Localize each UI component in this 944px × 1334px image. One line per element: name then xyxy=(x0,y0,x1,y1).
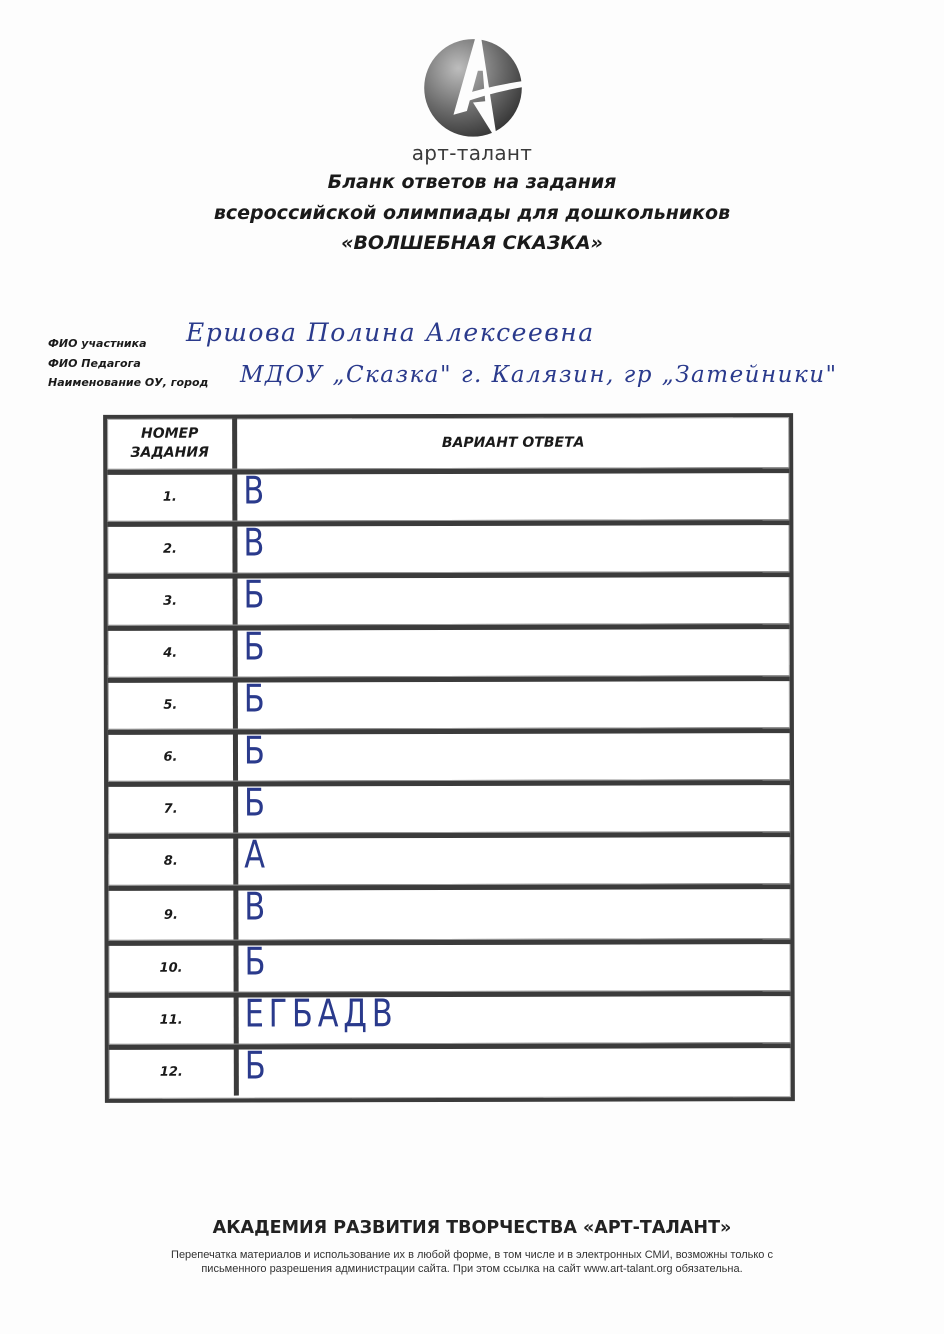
table-row: 10.Б xyxy=(108,943,790,992)
answer-value: Б xyxy=(244,942,270,980)
answer-field[interactable]: В xyxy=(238,888,790,939)
participant-name-field[interactable]: Ершова Полина Алексеевна xyxy=(186,318,595,347)
answer-field[interactable]: Б xyxy=(239,1047,791,1095)
task-number: 11. xyxy=(109,997,239,1044)
form-title-line-3: «ВОЛШЕБНАЯ СКАЗКА» xyxy=(0,232,944,254)
brand-name: арт-талант xyxy=(0,141,944,165)
answer-value: Б xyxy=(244,575,270,613)
table-row: 7.Б xyxy=(108,784,790,833)
institution-field[interactable]: МДОУ „Сказка" г. Калязин, гр „Затейники" xyxy=(240,362,838,388)
teacher-label: ФИО Педагога xyxy=(48,357,141,370)
footer-title: АКАДЕМИЯ РАЗВИТИЯ ТВОРЧЕСТВА «АРТ-ТАЛАНТ… xyxy=(0,1218,944,1238)
table-row: 9.В xyxy=(108,888,790,940)
task-number: 10. xyxy=(108,945,238,992)
answer-field[interactable]: Б xyxy=(238,576,790,624)
footer-note-line-1: Перепечатка материалов и использование и… xyxy=(60,1248,884,1262)
answer-value: Б xyxy=(244,731,270,769)
answer-field[interactable]: Б xyxy=(238,732,790,780)
task-number: 9. xyxy=(108,890,238,940)
table-row: 2.В xyxy=(107,524,789,573)
answer-field[interactable]: А xyxy=(238,836,790,884)
answer-field[interactable]: Б xyxy=(238,628,790,676)
task-number: 12. xyxy=(109,1049,239,1096)
answer-value: Б xyxy=(244,679,270,717)
table-row: 6.Б xyxy=(108,732,790,781)
table-row: 12.Б xyxy=(109,1047,791,1096)
header-answer-variant: ВАРИАНТ ОТВЕТА xyxy=(237,417,789,468)
answer-table: НОМЕР ЗАДАНИЯ ВАРИАНТ ОТВЕТА 1.В2.В3.Б4.… xyxy=(103,413,795,1103)
footer-copyright-note: Перепечатка материалов и использование и… xyxy=(60,1248,884,1276)
table-row: 1.В xyxy=(107,472,789,521)
answer-field[interactable]: Б xyxy=(238,784,790,832)
header-task-number-line1: НОМЕР xyxy=(141,425,198,444)
answer-value: В xyxy=(243,523,269,561)
task-number: 2. xyxy=(107,526,237,573)
answer-field[interactable]: ЕГБАДВ xyxy=(239,995,791,1043)
table-row: 11.ЕГБАДВ xyxy=(109,995,791,1044)
header-task-number: НОМЕР ЗАДАНИЯ xyxy=(107,419,237,469)
art-talant-logo-icon xyxy=(412,22,534,144)
answer-field[interactable]: В xyxy=(237,472,789,520)
task-number: 6. xyxy=(108,734,238,781)
task-number: 5. xyxy=(108,682,238,729)
table-row: 5.Б xyxy=(108,680,790,729)
table-row: 3.Б xyxy=(108,576,790,625)
participant-label: ФИО участника xyxy=(48,337,147,350)
form-title-line-2: всероссийской олимпиады для дошкольников xyxy=(0,202,944,224)
answer-field[interactable]: Б xyxy=(238,680,790,728)
header-task-number-line2: ЗАДАНИЯ xyxy=(131,444,209,463)
answer-value: А xyxy=(244,835,270,873)
answer-value: Б xyxy=(244,783,270,821)
table-row: 4.Б xyxy=(108,628,790,677)
task-number: 7. xyxy=(108,786,238,833)
answer-field[interactable]: Б xyxy=(238,943,790,991)
task-number: 4. xyxy=(108,630,238,677)
answer-value: В xyxy=(244,887,270,925)
institution-label: Наименование ОУ, город xyxy=(48,376,208,389)
answer-value: Б xyxy=(245,1046,271,1084)
task-number: 8. xyxy=(108,838,238,885)
answer-value: В xyxy=(243,471,269,509)
answer-value: Б xyxy=(244,627,270,665)
answer-value: ЕГБАДВ xyxy=(245,994,398,1032)
task-number: 3. xyxy=(108,578,238,625)
task-number: 1. xyxy=(107,474,237,521)
footer-note-line-2: письменного разрешения администрации сай… xyxy=(60,1262,884,1276)
table-row: 8.А xyxy=(108,836,790,885)
table-header-row: НОМЕР ЗАДАНИЯ ВАРИАНТ ОТВЕТА xyxy=(107,417,789,469)
answer-field[interactable]: В xyxy=(237,524,789,572)
form-title-line-1: Бланк ответов на задания xyxy=(0,171,944,193)
